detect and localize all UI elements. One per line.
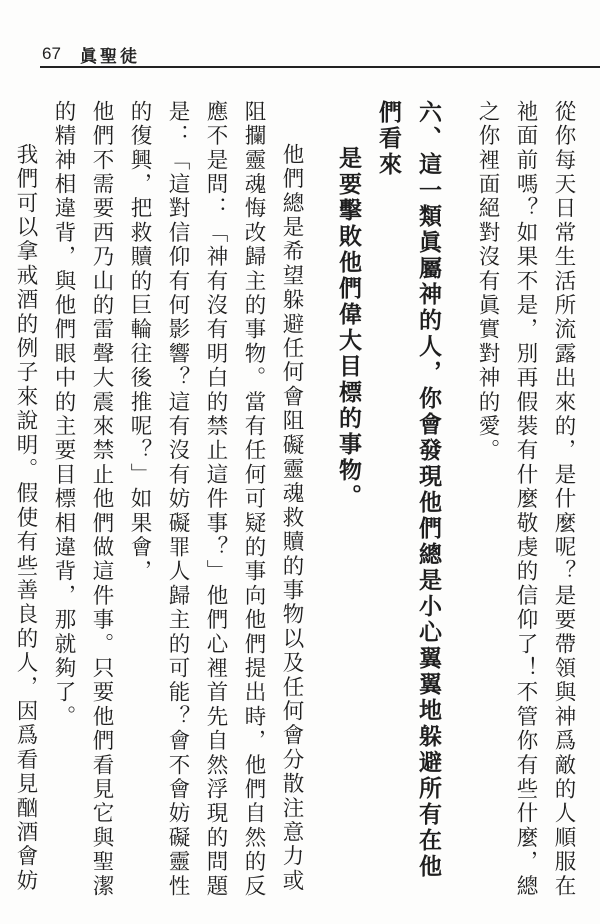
section-heading-line-1: 六、這一類眞屬神的人，你會發現他們總是小心翼翼地躲避所有在他們看來 — [368, 100, 448, 900]
running-title: 眞聖徒 — [80, 42, 140, 67]
page-number: 67 — [42, 44, 61, 64]
body-paragraph-1: 他們總是希望躲避任何會阻礙靈魂救贖的事物以及任何會分散注意力或阻攔靈魂悔改歸主的… — [120, 100, 310, 900]
section-heading: 六、這一類眞屬神的人，你會發現他們總是小心翼翼地躲避所有在他們看來 是要擊敗他們… — [328, 100, 448, 900]
section-heading-line-2: 是要擊敗他們偉大目標的事物。 — [328, 100, 368, 900]
vertical-body-text: 從你每天日常生活所流露出來的，是什麼呢？是要帶領與神爲敵的人順服在祂面前嗎？如果… — [22, 100, 582, 900]
body-paragraph-2: 我們可以拿戒酒的例子來說明。假使有些善良的人，因爲看見酗酒會妨礙罪人歸主得救，因… — [0, 100, 44, 900]
intro-paragraph: 從你每天日常生活所流露出來的，是什麼呢？是要帶領與神爲敵的人順服在祂面前嗎？如果… — [468, 100, 582, 900]
page-header: 67 眞聖徒 — [40, 40, 600, 68]
body-paragraph-1-continued: 他們不需要西乃山的雷聲大震來禁止他們做這件事。只要他們看見它與聖潔的精神相違背，… — [44, 100, 120, 900]
